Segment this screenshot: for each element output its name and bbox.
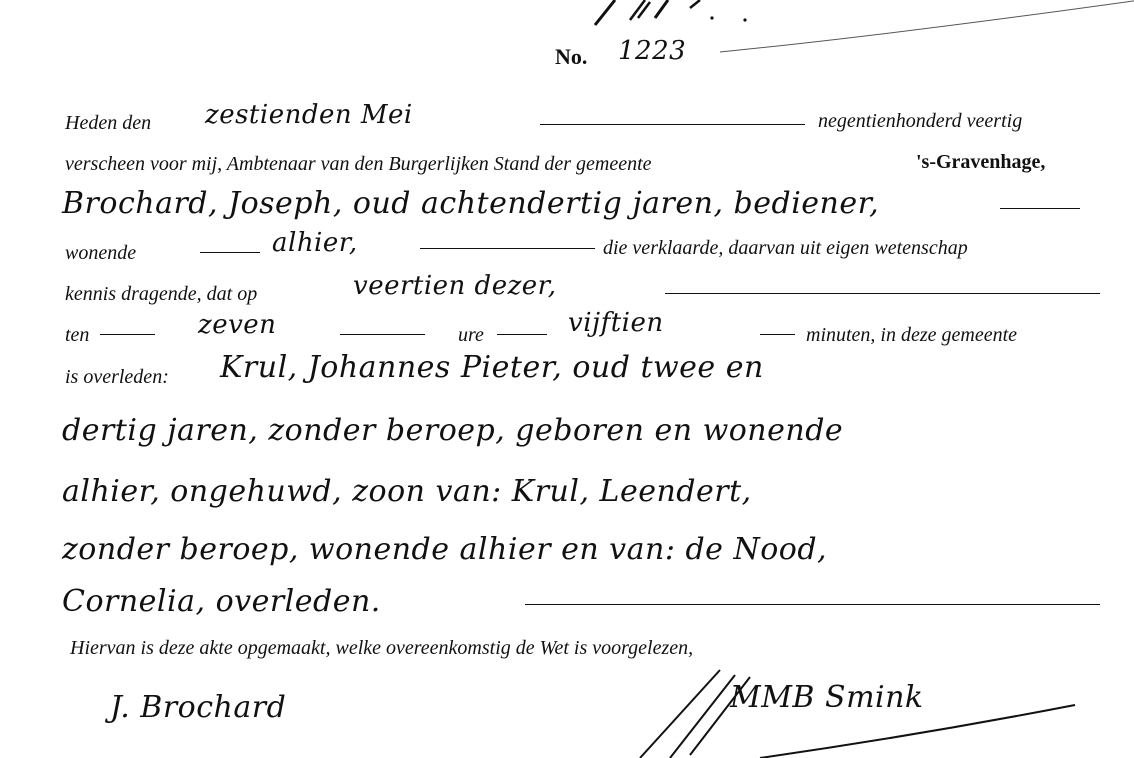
fill-line	[665, 293, 1100, 294]
fill-line	[540, 124, 805, 125]
death-date-handwritten: veertien dezer,	[353, 271, 557, 301]
line4-suffix: die verklaarde, daarvan uit eigen wetens…	[603, 237, 968, 260]
closing-statement: Hiervan is deze akte opgemaakt, welke ov…	[70, 637, 693, 660]
date-handwritten: zestienden Mei	[205, 100, 413, 130]
death-certificate-page: No. 1223 Heden den zestienden Mei negent…	[0, 0, 1134, 758]
fill-line	[200, 252, 260, 253]
line5-prefix: kennis dragende, dat op	[65, 283, 257, 306]
fill-line	[100, 334, 155, 335]
line7-prefix: is overleden:	[65, 366, 169, 389]
minutes-handwritten: vijftien	[568, 308, 664, 338]
line1-prefix: Heden den	[65, 112, 151, 135]
signature-left: J. Brochard	[110, 690, 286, 725]
line1-suffix: negentienhonderd veertig	[818, 110, 1022, 133]
line4-prefix: wonende	[65, 242, 136, 265]
deceased-handwritten: Krul, Johannes Pieter, oud twee en	[220, 350, 764, 385]
fill-line	[420, 248, 595, 249]
signature-right-flourish	[600, 665, 1090, 758]
line6-suffix: minuten, in deze gemeente	[806, 324, 1017, 347]
record-number-label: No.	[555, 44, 587, 70]
fill-line	[340, 334, 425, 335]
fill-line	[525, 604, 1100, 605]
municipality: 's-Gravenhage,	[916, 151, 1045, 174]
line6-ten: ten	[65, 324, 89, 347]
residence-handwritten: alhier,	[272, 228, 358, 258]
fill-line	[497, 334, 547, 335]
deceased-details-1: dertig jaren, zonder beroep, geboren en …	[62, 413, 843, 448]
declarant-handwritten: Brochard, Joseph, oud achtendertig jaren…	[62, 186, 879, 221]
deceased-details-4: Cornelia, overleden.	[62, 584, 381, 619]
hour-handwritten: zeven	[198, 310, 276, 340]
record-number-value: 1223	[618, 36, 686, 66]
deceased-details-3: zonder beroep, wonende alhier en van: de…	[62, 532, 827, 567]
line6-ure: ure	[458, 324, 484, 347]
line2-text: verscheen voor mij, Ambtenaar van den Bu…	[65, 153, 652, 176]
fill-line	[1000, 208, 1080, 209]
deceased-details-2: alhier, ongehuwd, zoon van: Krul, Leende…	[62, 474, 752, 509]
fill-line	[760, 334, 795, 335]
